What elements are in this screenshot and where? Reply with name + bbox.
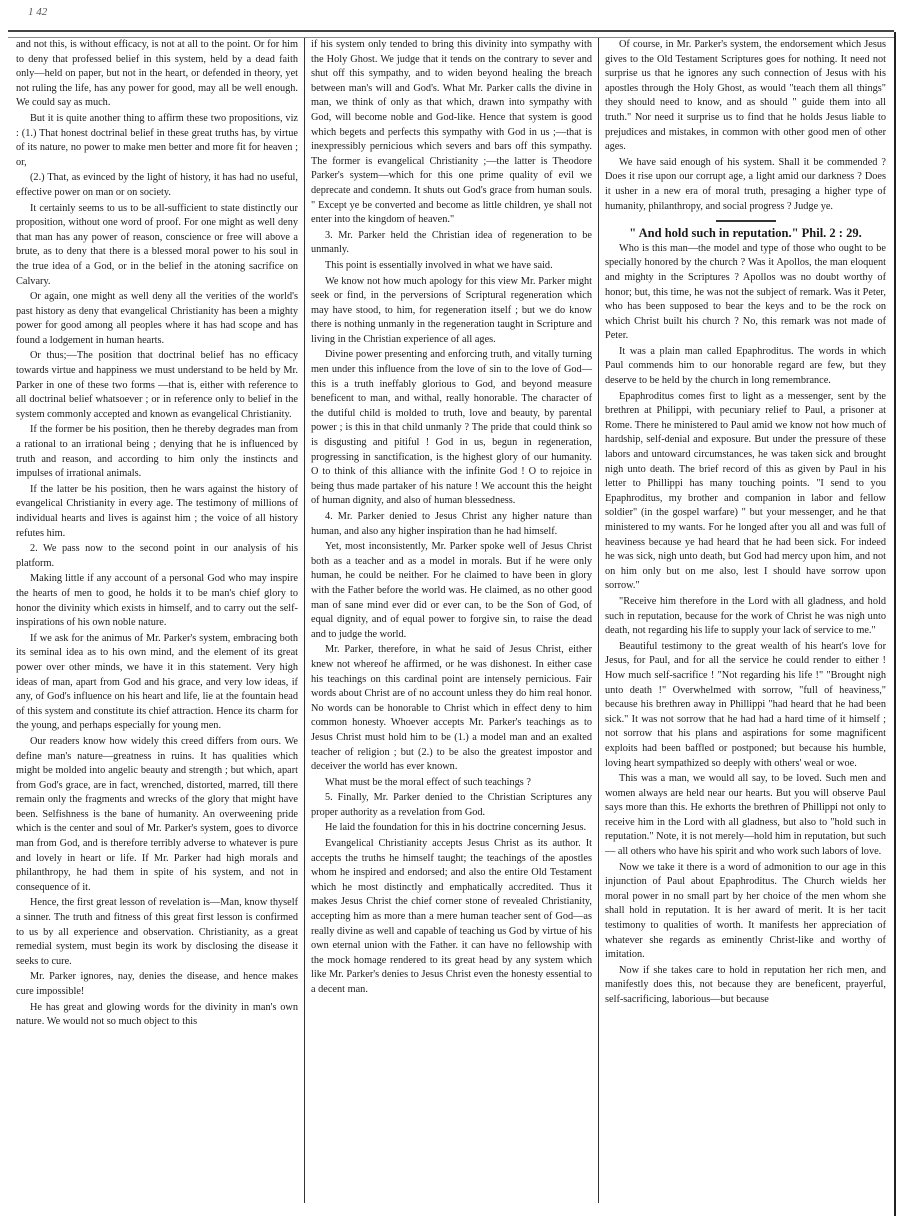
- paragraph: 3. Mr. Parker held the Christian idea of…: [311, 229, 592, 258]
- paragraph: Evangelical Christianity accepts Jesus C…: [311, 837, 592, 998]
- paragraph: If we ask for the animus of Mr. Parker's…: [16, 632, 298, 734]
- paragraph: Making little if any account of a person…: [16, 572, 298, 630]
- paragraph: If the latter be his position, then he w…: [16, 483, 298, 541]
- paragraph: Or thus;—The position that doctrinal bel…: [16, 349, 298, 422]
- paragraph: Our readers know how widely this creed d…: [16, 735, 298, 896]
- paragraph: Now we take it there is a word of admoni…: [605, 861, 886, 963]
- paragraph: Divine power presenting and enforcing tr…: [311, 348, 592, 509]
- column-right: Of course, in Mr. Parker's system, the e…: [598, 38, 892, 1203]
- paragraph: It was a plain man called Epaphroditus. …: [605, 345, 886, 389]
- paragraph: If the former be his position, then he t…: [16, 423, 298, 481]
- paragraph: Beautiful testimony to the great wealth …: [605, 640, 886, 771]
- paragraph: We have said enough of his system. Shall…: [605, 156, 886, 214]
- paragraph: This point is essentially involved in wh…: [311, 259, 592, 274]
- paragraph: It certainly seems to us to be all-suffi…: [16, 202, 298, 290]
- column-middle: if his system only tended to bring this …: [304, 38, 598, 1203]
- paragraph: Now if she takes care to hold in reputat…: [605, 964, 886, 1008]
- paragraph: Mr. Parker ignores, nay, denies the dise…: [16, 970, 298, 999]
- paragraph: Who is this man—the model and type of th…: [605, 242, 886, 344]
- article-heading: " And hold such in reputation." Phil. 2 …: [605, 226, 886, 241]
- column-left: and not this, is without efficacy, is no…: [10, 38, 304, 1203]
- paragraph: This was a man, we would all say, to be …: [605, 772, 886, 860]
- paragraph: 4. Mr. Parker denied to Jesus Christ any…: [311, 510, 592, 539]
- paragraph: We know not how much apology for this vi…: [311, 275, 592, 348]
- newspaper-columns: and not this, is without efficacy, is no…: [10, 38, 894, 1203]
- paragraph: Of course, in Mr. Parker's system, the e…: [605, 38, 886, 155]
- paragraph: Hence, the first great lesson of revelat…: [16, 896, 298, 969]
- paragraph: Epaphroditus comes first to light as a m…: [605, 390, 886, 594]
- paragraph: What must be the moral effect of such te…: [311, 776, 592, 791]
- paragraph: He laid the foundation for this in his d…: [311, 821, 592, 836]
- paragraph: "Receive him therefore in the Lord with …: [605, 595, 886, 639]
- top-rule: [8, 30, 894, 38]
- paragraph: 5. Finally, Mr. Parker denied to the Chr…: [311, 791, 592, 820]
- paragraph: Mr. Parker, therefore, in what he said o…: [311, 643, 592, 774]
- page-edge-rule: [894, 32, 896, 1216]
- section-divider: [716, 220, 776, 222]
- paragraph: He has great and glowing words for the d…: [16, 1001, 298, 1030]
- paragraph: (2.) That, as evinced by the light of hi…: [16, 171, 298, 200]
- page-number: 1 42: [28, 6, 47, 18]
- paragraph: 2. We pass now to the second point in ou…: [16, 542, 298, 571]
- paragraph: if his system only tended to bring this …: [311, 38, 592, 228]
- paragraph: Or again, one might as well deny all the…: [16, 290, 298, 348]
- paragraph: and not this, is without efficacy, is no…: [16, 38, 298, 111]
- paragraph: But it is quite another thing to affirm …: [16, 112, 298, 170]
- paragraph: Yet, most inconsistently, Mr. Parker spo…: [311, 540, 592, 642]
